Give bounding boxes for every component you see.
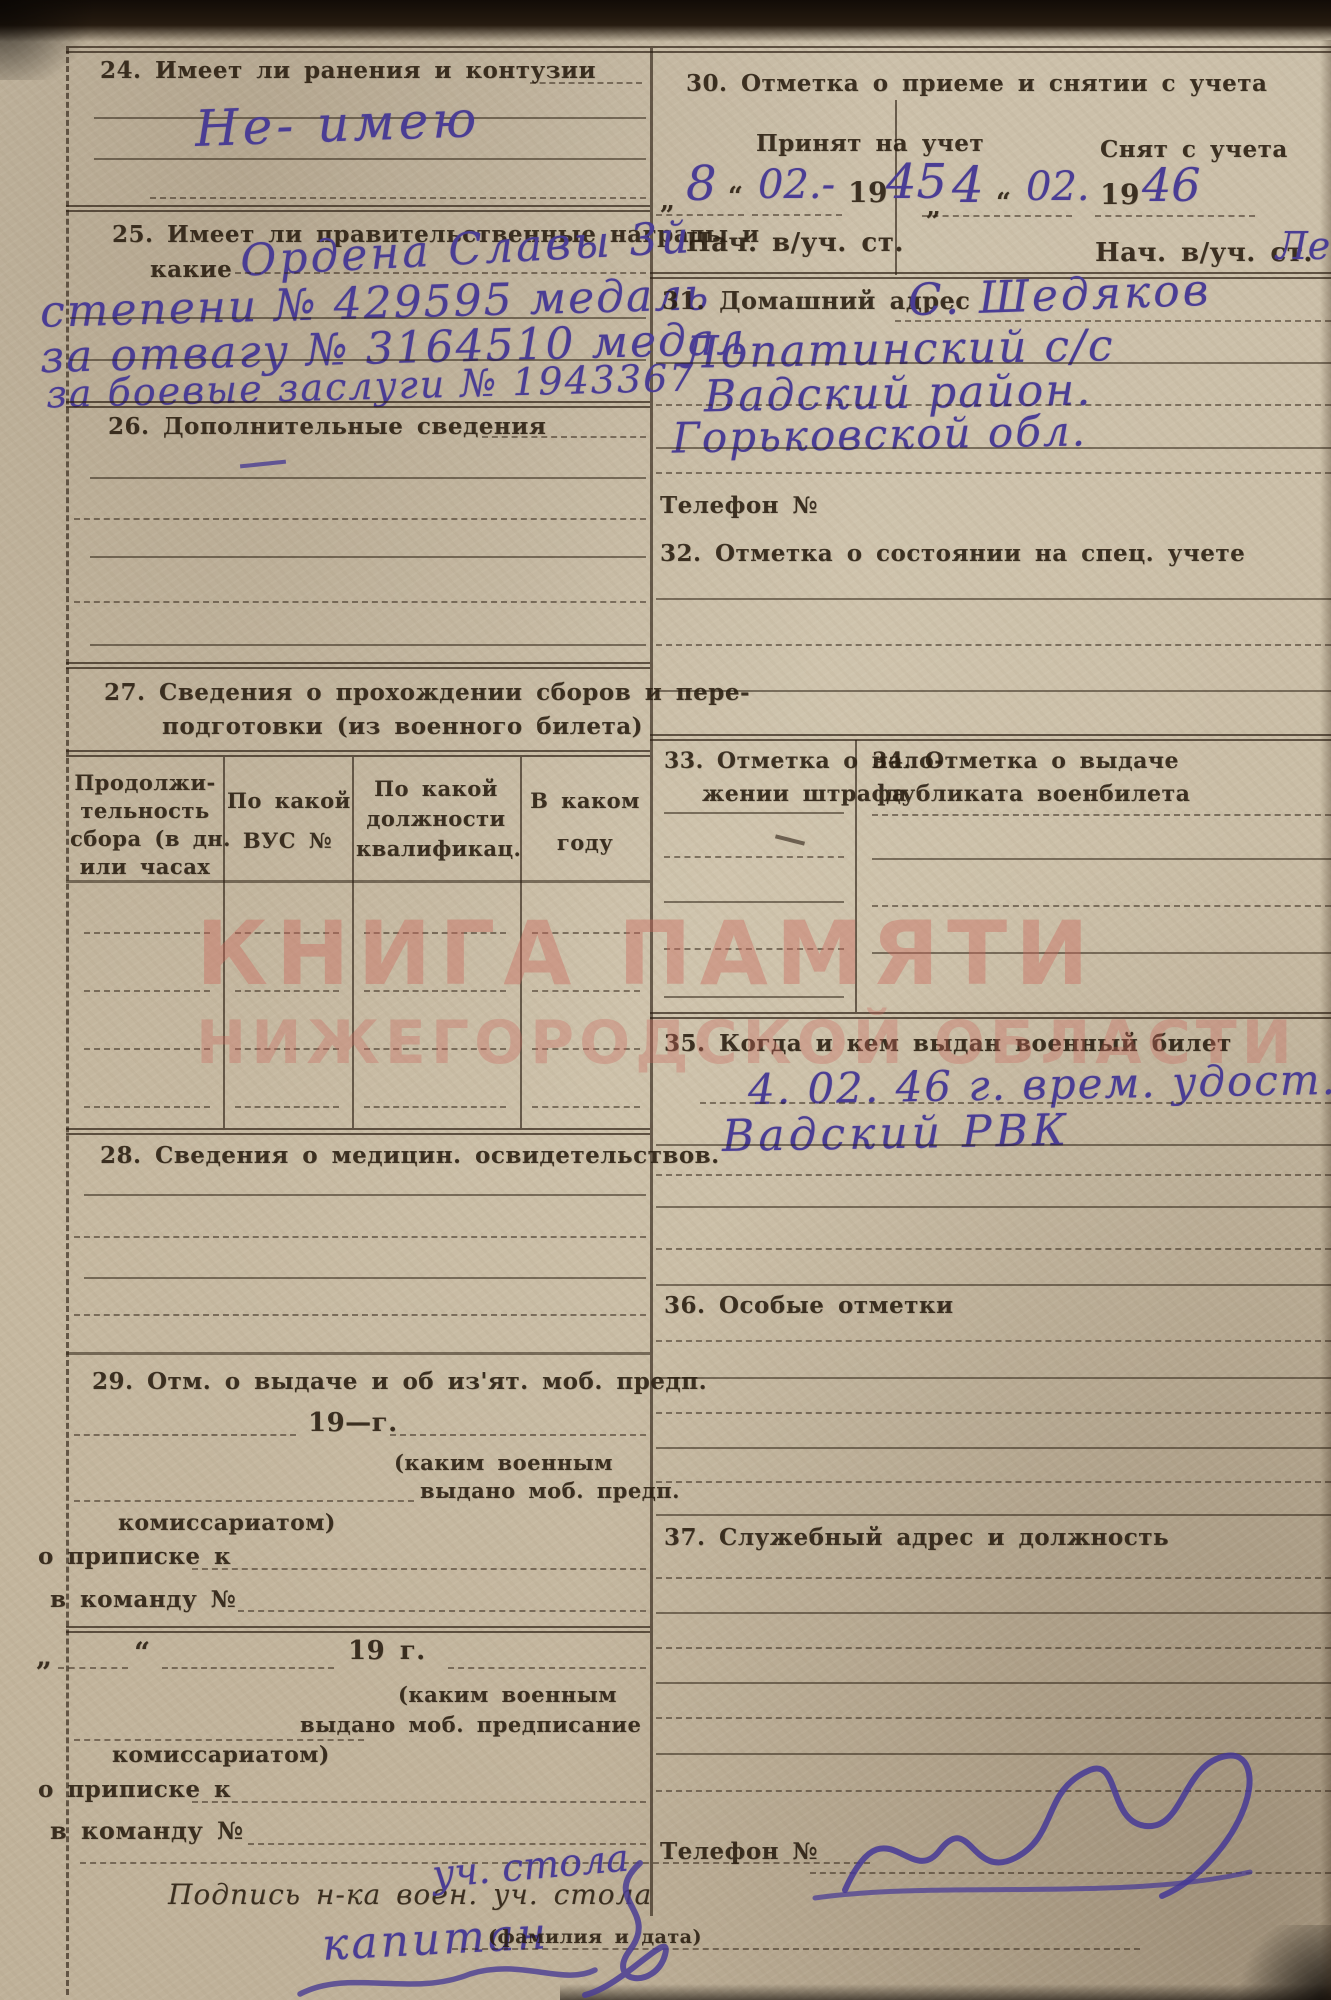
military-id-issue-handwritten-2: Вадский РВК — [722, 1105, 1071, 1162]
ruled-line — [656, 404, 1331, 406]
section-29-year-blank-1: 19—г. — [308, 1408, 398, 1438]
ruled-line — [656, 1481, 1331, 1483]
section-32-label: 32. Отметка о состоянии на спец. учете — [660, 540, 1245, 567]
ruled-line — [656, 1284, 1331, 1286]
deregistered-month-handwritten: 02. — [1026, 164, 1090, 210]
section-28-label: 28. Сведения о медицин. освидетельствов. — [100, 1142, 720, 1169]
table-header-position: По какой — [356, 776, 516, 801]
ruled-line — [664, 812, 844, 814]
deregistered-chief-handwritten: Ле — [1276, 224, 1330, 268]
table-header-position: должности — [356, 806, 516, 831]
registered-chief-label: Нач. в/уч. ст. — [686, 228, 904, 258]
section-37-label: 37. Служебный адрес и должность — [664, 1524, 1169, 1551]
section-29-hint-1a: (каким военным — [394, 1450, 613, 1475]
ruled-line — [90, 556, 646, 558]
quote-open: „ — [926, 192, 941, 222]
table-cell-line — [84, 932, 210, 934]
archive-watermark-line2: НИЖЕГОРОДСКОЙ ОБЛАСТИ — [196, 1008, 1297, 1078]
ruled-line — [656, 1612, 1331, 1614]
ruled-line — [390, 1434, 646, 1436]
ruled-line — [238, 1610, 646, 1612]
table-cell-line — [84, 1106, 210, 1108]
section-29-hint-2a: (каким военным — [398, 1682, 617, 1707]
ruled-line — [656, 1377, 1331, 1379]
ruled-line — [656, 1647, 1331, 1649]
registered-label: Принят на учет — [756, 130, 984, 157]
ruled-line — [656, 1577, 1331, 1579]
table-cell-line — [364, 1106, 506, 1108]
section-divider — [66, 1626, 650, 1633]
ruled-line — [90, 477, 646, 479]
phone-label-1: Телефон № — [660, 492, 818, 519]
section-29-year-blank-2: 19 г. — [348, 1636, 426, 1666]
ruled-line — [94, 158, 646, 160]
ink-stroke — [240, 460, 286, 469]
photo-top-left-corner — [0, 0, 110, 80]
table-header-position: квалификац. — [356, 836, 516, 861]
section-divider — [66, 401, 650, 408]
ruled-line — [656, 690, 1331, 692]
table-header-duration: сбора (в дн. — [70, 826, 220, 851]
quote-open: „ — [36, 1640, 53, 1673]
registered-century-printed: 19 — [848, 176, 888, 209]
ruled-line — [656, 362, 1331, 364]
home-address-handwritten-1: С. Шедяков — [907, 265, 1212, 327]
ruled-line — [74, 601, 646, 603]
section-29-komanda-1: в команду № — [50, 1586, 236, 1613]
table-header-year: году — [524, 830, 646, 855]
section-27-label-line1: 27. Сведения о прохождении сборов и пере… — [104, 679, 750, 706]
table-top-border — [66, 750, 650, 757]
ruled-line — [656, 1144, 1331, 1146]
table-header-duration: тельность — [70, 798, 220, 823]
signature-large — [790, 1730, 1260, 1905]
section-30-label: 30. Отметка о приеме и снятии с учета — [686, 70, 1267, 97]
ruled-line — [74, 1314, 646, 1316]
deregistered-year-handwritten: 46 — [1142, 158, 1201, 212]
scanned-military-registration-card: 24. Имеет ли ранения и контузии Не- имею… — [0, 0, 1331, 2000]
table-bottom-border — [66, 1128, 650, 1135]
deregistered-day-handwritten: 4 — [952, 156, 984, 214]
section-34-label-line2: дубликата военбилета — [886, 781, 1190, 807]
registered-month-handwritten: 02.- — [758, 162, 835, 208]
photo-top-edge — [0, 0, 1331, 42]
ruled-line — [664, 856, 844, 858]
table-header-vus: ВУС № — [227, 828, 348, 853]
section-33-label-line2: жении штрафа — [702, 781, 907, 807]
table-header-duration: Продолжи- — [70, 770, 220, 795]
table-header-year: В каком — [524, 788, 646, 813]
ruled-line — [58, 1667, 128, 1669]
ruled-line — [74, 1236, 646, 1238]
ruled-line — [150, 197, 646, 199]
section-36-label: 36. Особые отметки — [664, 1292, 954, 1319]
ruled-line — [656, 644, 1331, 646]
table-cell-line — [532, 1106, 640, 1108]
ruled-line — [752, 214, 842, 216]
table-cell-line — [84, 1048, 210, 1050]
ruled-line — [656, 1412, 1331, 1414]
ruled-line — [74, 1739, 364, 1741]
section-29-hint-1b: выдано моб. предп. — [420, 1478, 680, 1503]
home-address-handwritten-4: Горьковской обл. — [672, 406, 1088, 462]
quote-open: „ — [660, 186, 675, 216]
ruled-line — [656, 447, 1331, 449]
section-29-hint-1c: комиссариатом) — [118, 1510, 336, 1536]
table-cell-line — [235, 1106, 339, 1108]
handwriting-fragment-bottom — [295, 1962, 605, 2000]
ruled-line — [700, 1102, 1331, 1104]
archive-watermark-line1: КНИГА ПАМЯТИ — [196, 902, 1097, 1005]
ruled-line — [656, 214, 744, 216]
ruled-line — [448, 1667, 646, 1669]
ruled-line — [84, 1194, 646, 1196]
quote-close: “ — [728, 182, 743, 212]
registered-day-handwritten: 8 — [686, 156, 717, 212]
ruled-line — [872, 814, 1331, 816]
table-header-duration: или часах — [70, 854, 220, 879]
ruled-line — [162, 1667, 334, 1669]
quote-close: “ — [996, 188, 1011, 218]
ruled-line — [656, 1447, 1331, 1449]
section-29-hint-2c: комиссариатом) — [112, 1742, 330, 1768]
section-29-label: 29. Отм. о выдаче и об из'ят. моб. предп… — [92, 1368, 707, 1395]
quote-close: “ — [134, 1636, 151, 1669]
section-divider — [66, 1352, 650, 1355]
section-24-answer-handwritten: Не- имею — [194, 90, 481, 158]
ruled-line — [192, 1568, 646, 1570]
ruled-line — [74, 518, 646, 520]
section-29-pripiska-2: о приписке к — [38, 1776, 231, 1803]
ruled-line — [74, 1434, 296, 1436]
ink-stroke — [775, 834, 805, 845]
section-divider — [650, 734, 1331, 741]
section-divider — [66, 662, 650, 669]
ruled-line — [656, 598, 1331, 600]
table-header-vus: По какой — [227, 788, 348, 813]
ruled-line — [656, 1682, 1331, 1684]
section-29-komanda-2: в команду № — [50, 1816, 244, 1845]
ruled-line — [656, 472, 1331, 474]
table-cell-line — [84, 990, 210, 992]
card-top-border — [66, 46, 1331, 53]
ruled-line — [656, 1174, 1331, 1176]
photo-right-edge — [1320, 40, 1331, 2000]
section-24-label: 24. Имеет ли ранения и контузии — [100, 57, 596, 84]
ruled-line — [656, 1206, 1331, 1208]
section-divider — [66, 205, 650, 212]
ruled-line — [1095, 215, 1255, 217]
ruled-line — [192, 1801, 646, 1803]
ruled-line — [530, 82, 642, 84]
ruled-line — [90, 644, 646, 646]
ruled-line — [656, 1248, 1331, 1250]
section-29-pripiska-1: о приписке к — [38, 1543, 231, 1570]
section-34-label-line1: 34. Отметка о выдаче — [872, 748, 1179, 774]
ruled-line — [482, 436, 646, 438]
photo-bottom-right-corner — [1225, 1925, 1331, 2000]
ruled-line — [656, 1717, 1331, 1719]
ruled-line — [656, 1514, 1331, 1516]
ruled-line — [922, 215, 1072, 217]
table-header-bottom-border — [66, 880, 650, 883]
ruled-line — [656, 1340, 1331, 1342]
section-29-hint-2b: выдано моб. предписание — [300, 1712, 641, 1737]
section-26-label: 26. Дополнительные сведения — [108, 413, 546, 440]
ruled-line — [74, 1500, 414, 1502]
section-27-label-line2: подготовки (из военного билета) — [162, 713, 643, 740]
ruled-line — [84, 1277, 646, 1279]
deregistered-century-printed: 19 — [1100, 178, 1140, 211]
ruled-line — [872, 858, 1331, 860]
section-25-label-line2: какие — [150, 256, 232, 283]
